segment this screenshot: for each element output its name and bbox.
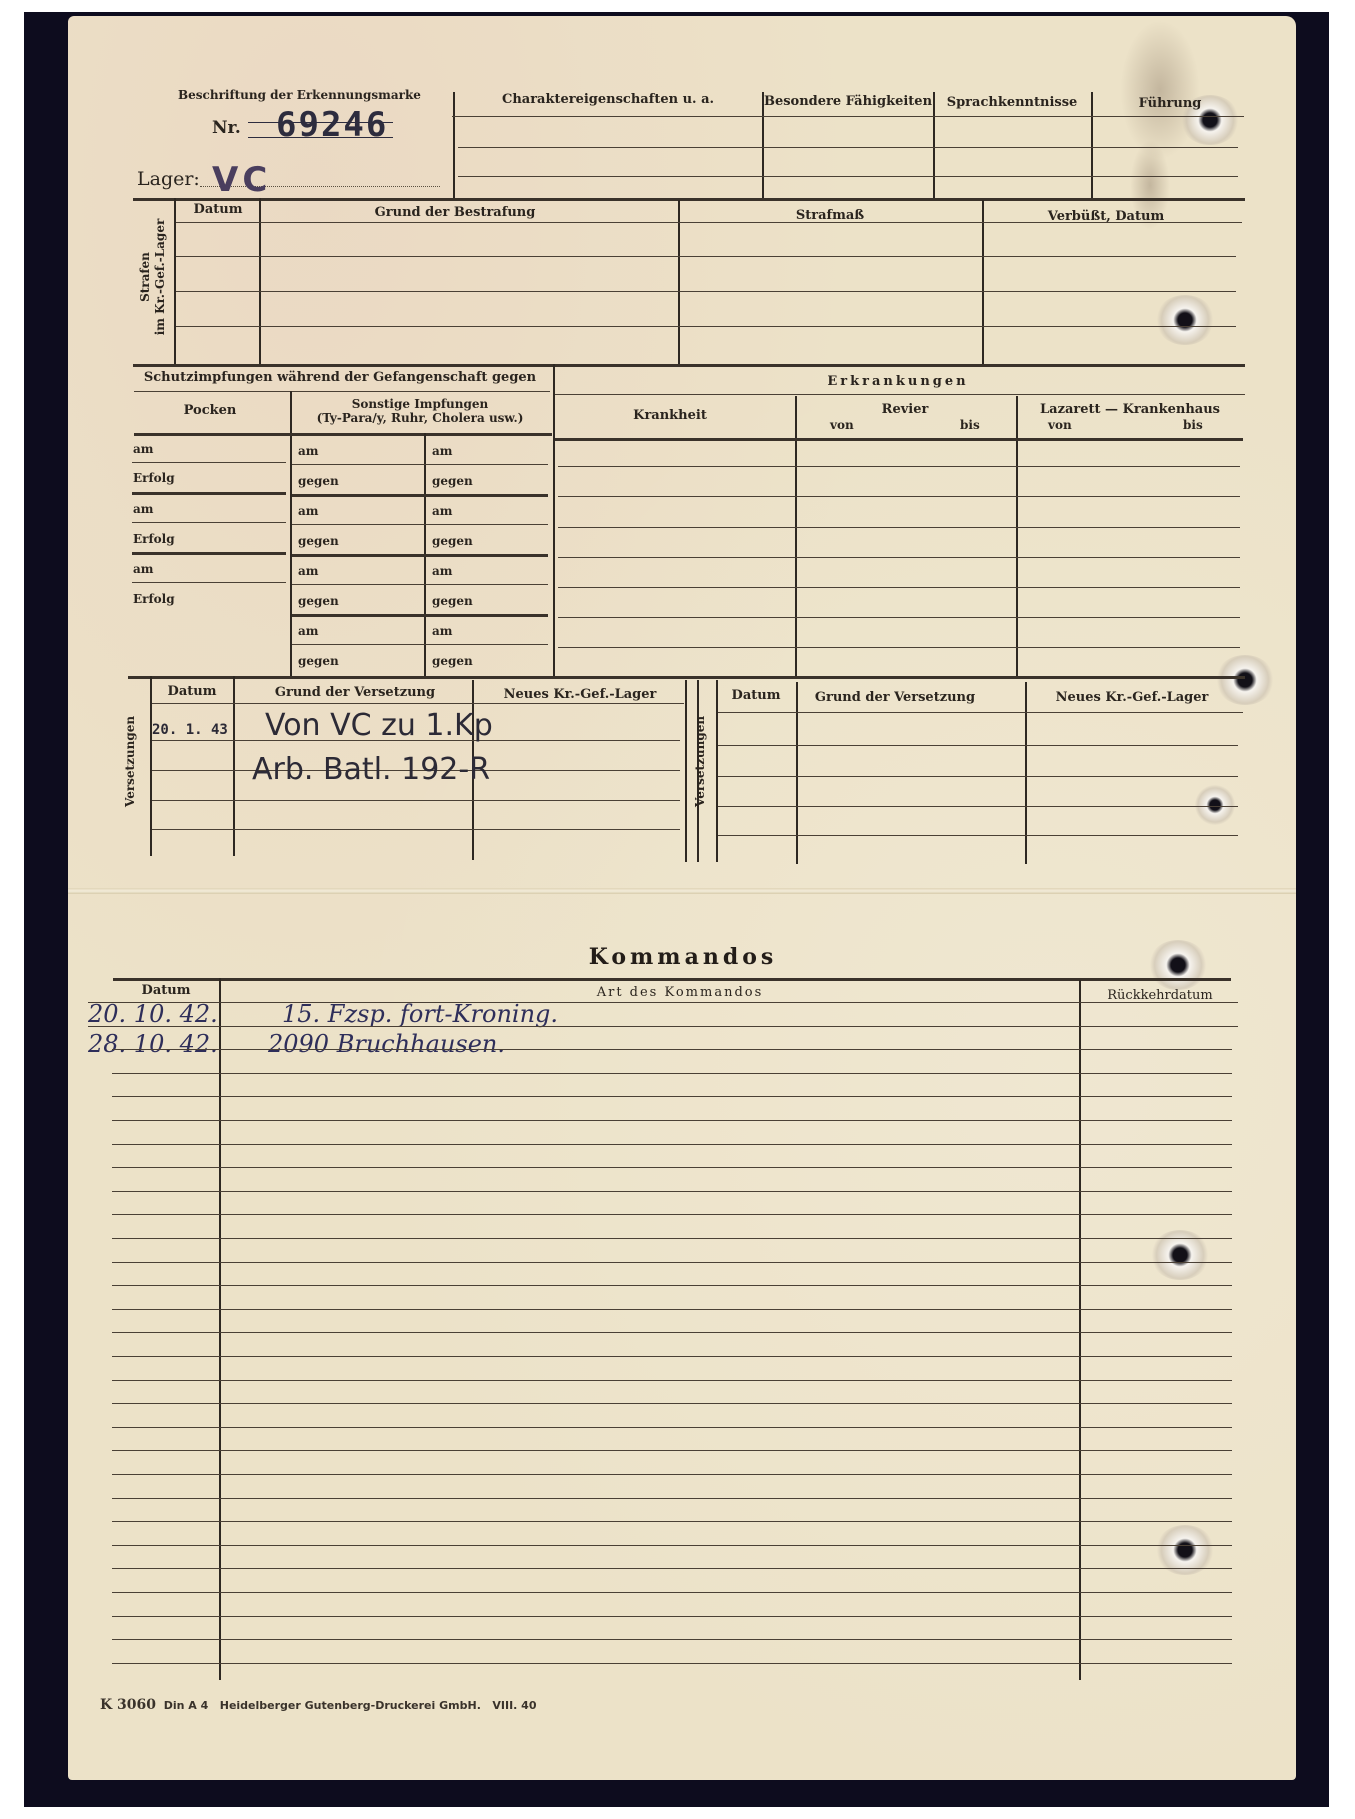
row-line xyxy=(112,1191,1232,1192)
water-stain xyxy=(1120,20,1200,160)
divider xyxy=(796,682,798,864)
row-line xyxy=(112,1073,1232,1074)
printer-name: Heidelberger Gutenberg-Druckerei GmbH. xyxy=(220,1699,481,1712)
form-code: K 3060 xyxy=(100,1697,156,1713)
row-line xyxy=(176,291,1236,292)
erkrankungen-title: Erkrankungen xyxy=(827,374,968,389)
sonstige-row: am xyxy=(298,444,318,458)
section-rule xyxy=(133,364,1245,367)
impfungen-title: Schutzimpfungen während der Gefangenscha… xyxy=(144,370,536,385)
row-line xyxy=(555,438,1243,441)
divider xyxy=(1079,980,1081,1680)
row-line xyxy=(558,466,1240,467)
versetzung-grund-line2: Arb. Batl. 192-R xyxy=(252,752,490,787)
row-line xyxy=(88,1002,1238,1003)
versetzung-col-grund: Grund der Versetzung xyxy=(275,685,435,700)
sonstige-row: am xyxy=(298,624,318,638)
kommando-datum: 28. 10. 42. xyxy=(88,1030,218,1058)
impfungen-col-pocken: Pocken xyxy=(184,403,237,418)
col-faehigkeiten: Besondere Fähigkeiten xyxy=(764,94,932,109)
row-line xyxy=(112,1332,1232,1333)
row-line xyxy=(134,391,550,392)
row-line xyxy=(112,1214,1232,1215)
divider xyxy=(1091,92,1093,198)
sonstige-row: gegen xyxy=(432,534,473,548)
divider xyxy=(685,680,687,862)
row-line xyxy=(558,527,1240,528)
row-line xyxy=(132,492,286,495)
sonstige-row: am xyxy=(432,444,452,458)
row-line xyxy=(176,326,1236,327)
row-line xyxy=(112,1309,1232,1310)
sonstige-row: gegen xyxy=(298,474,339,488)
sonstige-row: gegen xyxy=(432,474,473,488)
col-sprachen: Sprachkenntnisse xyxy=(947,95,1078,110)
impfungen-col-sonstige-1: Sonstige Impfungen xyxy=(352,397,489,411)
row-line xyxy=(176,222,1242,223)
revier-von: von xyxy=(830,418,854,432)
row-line xyxy=(132,552,286,555)
marke-label: Beschriftung der Erkennungsmarke xyxy=(178,88,421,102)
pocken-row: am xyxy=(133,562,153,576)
row-line xyxy=(152,800,680,801)
versetzung-col-lager-2: Neues Kr.-Gef.-Lager xyxy=(1056,690,1209,705)
print-imprint: K 3060 Din A 4 Heidelberger Gutenberg-Dr… xyxy=(100,1697,536,1713)
punch-hole xyxy=(1155,295,1215,345)
sonstige-row: gegen xyxy=(298,534,339,548)
row-line xyxy=(458,176,1238,177)
row-line xyxy=(132,582,286,583)
divider xyxy=(1025,682,1027,864)
strafen-col-strafmass: Strafmaß xyxy=(796,208,864,223)
versetzungen-side-label-left: Versetzungen xyxy=(123,727,137,807)
strafen-side-label-1: Strafen xyxy=(138,212,153,342)
versetzung-grund-line1: Von VC zu 1.Kp xyxy=(265,708,493,743)
row-line xyxy=(718,806,1238,807)
sonstige-row: am xyxy=(298,564,318,578)
versetzung-col-grund-2: Grund der Versetzung xyxy=(815,690,975,705)
row-line xyxy=(176,256,1236,257)
row-line xyxy=(152,703,684,704)
strafen-col-grund: Grund der Bestrafung xyxy=(375,205,536,220)
pocken-row: Erfolg xyxy=(133,532,175,546)
row-line xyxy=(112,1120,1232,1121)
impfungen-col-sonstige-2: (Ty-Para/y, Ruhr, Cholera usw.) xyxy=(317,411,524,425)
row-line xyxy=(112,1238,1232,1239)
kommandos-col-datum: Datum xyxy=(142,983,191,998)
row-line xyxy=(112,1262,1232,1263)
erkrankungen-col-krankheit: Krankheit xyxy=(633,408,707,423)
pocken-row: am xyxy=(133,442,153,456)
row-line xyxy=(558,557,1240,558)
row-line xyxy=(718,745,1238,746)
row-line xyxy=(558,647,1240,648)
row-line xyxy=(292,584,548,585)
row-line xyxy=(112,1096,1232,1097)
punch-hole xyxy=(1148,940,1208,990)
versetzungen-side-label-right: Versetzungen xyxy=(693,727,707,807)
divider xyxy=(453,92,455,198)
sonstige-row: am xyxy=(432,564,452,578)
sonstige-row: gegen xyxy=(432,654,473,668)
row-line xyxy=(112,1380,1232,1381)
row-line xyxy=(292,644,548,645)
kommando-art: 15. Fzsp. fort-Kroning. xyxy=(282,1000,558,1028)
versetzung-col-datum: Datum xyxy=(168,684,217,699)
versetzung-col-lager: Neues Kr.-Gef.-Lager xyxy=(504,687,657,702)
sonstige-row: am xyxy=(298,504,318,518)
row-line xyxy=(112,1592,1232,1593)
row-line xyxy=(292,614,548,617)
versetzung-datum: 20. 1. 43 xyxy=(152,722,228,738)
kommando-datum: 20. 10. 42. xyxy=(88,1000,218,1028)
nr-value: 69246 xyxy=(276,105,388,145)
lazarett-von: von xyxy=(1048,418,1072,432)
punch-hole xyxy=(1215,655,1275,705)
row-line xyxy=(718,835,1238,836)
row-line xyxy=(718,712,1243,713)
row-line xyxy=(112,1427,1232,1428)
divider xyxy=(219,978,221,1680)
kommando-art: 2090 Bruchhausen. xyxy=(268,1030,505,1058)
lazarett-bis: bis xyxy=(1183,418,1203,432)
row-line xyxy=(112,1639,1232,1640)
sonstige-row: gegen xyxy=(298,594,339,608)
row-line xyxy=(112,1663,1232,1664)
row-line xyxy=(558,587,1240,588)
row-line xyxy=(112,1545,1232,1546)
row-line xyxy=(112,1049,1232,1050)
pocken-row: Erfolg xyxy=(133,592,175,606)
row-line xyxy=(112,1144,1232,1145)
row-line xyxy=(112,1450,1232,1451)
section-rule xyxy=(113,978,1231,981)
row-line xyxy=(88,1026,1238,1027)
row-line xyxy=(132,522,286,523)
strafen-side-label: Strafen im Kr.-Gef.-Lager xyxy=(138,212,168,342)
lager-value: VC xyxy=(212,160,271,200)
row-line xyxy=(134,433,552,436)
row-line xyxy=(558,617,1240,618)
row-line xyxy=(292,554,548,557)
row-line xyxy=(112,1167,1232,1168)
col-fuehrung: Führung xyxy=(1139,96,1202,111)
document-page xyxy=(68,16,1296,1780)
row-line xyxy=(112,1403,1232,1404)
row-line xyxy=(112,1474,1232,1475)
sonstige-row: gegen xyxy=(432,594,473,608)
kommandos-title: Kommandos xyxy=(589,944,778,970)
row-line xyxy=(292,464,548,465)
row-line xyxy=(558,496,1240,497)
row-line xyxy=(458,147,1238,148)
versetzung-col-datum-2: Datum xyxy=(732,688,781,703)
sonstige-row: am xyxy=(432,504,452,518)
lager-label: Lager: xyxy=(137,168,200,190)
row-line xyxy=(132,462,286,463)
row-line xyxy=(112,1521,1232,1522)
strafen-col-datum: Datum xyxy=(194,202,243,217)
punch-hole xyxy=(1195,785,1235,825)
pocken-row: am xyxy=(133,502,153,516)
nr-label: Nr. xyxy=(212,118,241,138)
revier-bis: bis xyxy=(960,418,980,432)
row-line xyxy=(112,1498,1232,1499)
form-format: Din A 4 xyxy=(164,1699,209,1712)
kommandos-col-art: Art des Kommandos xyxy=(597,985,764,1000)
kommandos-col-rueckkehr: Rückkehrdatum xyxy=(1107,988,1212,1003)
print-date: VIII. 40 xyxy=(492,1699,536,1712)
sonstige-row: am xyxy=(432,624,452,638)
row-line xyxy=(292,494,548,497)
paper-fold xyxy=(68,888,1296,894)
erkrankungen-col-revier: Revier xyxy=(882,402,929,417)
section-rule xyxy=(133,198,1245,201)
section-rule xyxy=(128,676,1245,679)
row-line xyxy=(112,1356,1232,1357)
row-line xyxy=(112,1285,1232,1286)
row-line xyxy=(112,1568,1232,1569)
divider xyxy=(933,92,935,198)
row-line xyxy=(112,1616,1232,1617)
row-line xyxy=(152,829,680,830)
col-charakter: Charaktereigenschaften u. a. xyxy=(502,92,714,107)
divider xyxy=(982,200,984,364)
row-line xyxy=(452,116,1244,117)
row-line xyxy=(555,394,1245,395)
row-line xyxy=(718,776,1238,777)
strafen-side-label-2: im Kr.-Gef.-Lager xyxy=(153,212,168,342)
erkrankungen-col-lazarett: Lazarett — Krankenhaus xyxy=(1040,402,1220,417)
pocken-row: Erfolg xyxy=(133,471,175,485)
row-line xyxy=(292,524,548,525)
sonstige-row: gegen xyxy=(298,654,339,668)
divider xyxy=(553,364,555,676)
divider xyxy=(678,200,680,364)
